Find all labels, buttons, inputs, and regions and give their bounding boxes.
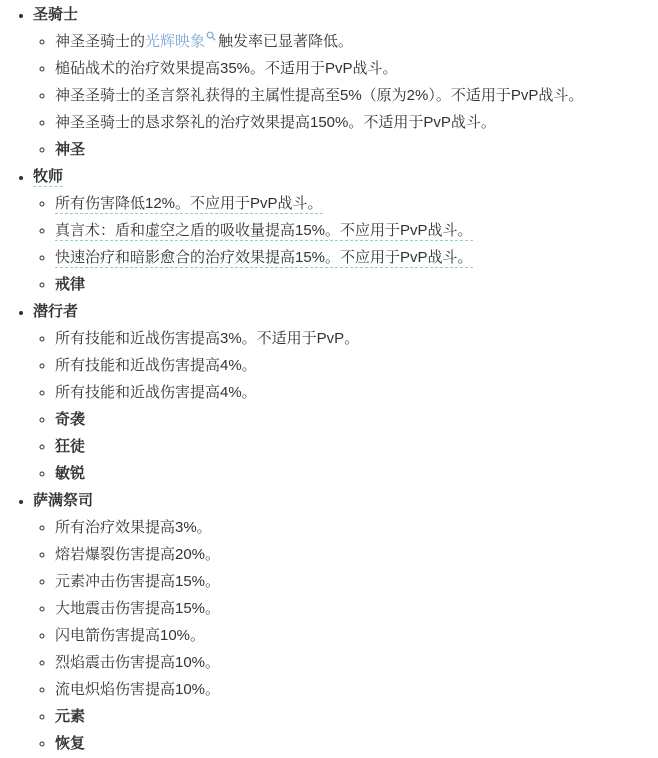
class-title: 牧师 [33,168,63,187]
change-item: 快速治疗和暗影愈合的治疗效果提高15%。不应用于PvP战斗。 [55,244,658,271]
change-text: 熔岩爆裂伤害提高20%。 [55,546,220,563]
change-text: 闪电箭伤害提高10%。 [55,627,205,644]
change-item: 真言术：盾和虚空之盾的吸收量提高15%。不应用于PvP战斗。 [55,217,658,244]
change-text: 流电炽焰伤害提高10%。 [55,681,220,698]
change-text: 烈焰震击伤害提高10%。 [55,654,220,671]
change-item: 所有技能和近战伤害提高3%。不适用于PvP。 [55,325,658,352]
spec-heading: 奇袭 [55,406,658,433]
change-item: 流电炽焰伤害提高10%。 [55,676,658,703]
spec-heading: 敏锐 [55,460,658,487]
change-item: 槌砧战术的治疗效果提高35%。不适用于PvP战斗。 [55,55,658,82]
change-list: 所有伤害降低12%。不应用于PvP战斗。真言术：盾和虚空之盾的吸收量提高15%。… [33,190,658,298]
change-text: 所有伤害降低12%。不应用于PvP战斗。 [55,195,323,214]
change-text: 所有技能和近战伤害提高4%。 [55,384,257,401]
class-title: 萨满祭司 [33,492,93,509]
change-item: 大地震击伤害提高15%。 [55,595,658,622]
spec-name: 恢复 [55,735,85,752]
spec-name: 元素 [55,708,85,725]
class-section: 牧师所有伤害降低12%。不应用于PvP战斗。真言术：盾和虚空之盾的吸收量提高15… [33,163,658,298]
magnifier-icon[interactable] [206,31,216,41]
spec-heading: 神圣 [55,136,658,163]
spec-name: 戒律 [55,276,85,293]
change-item: 所有技能和近战伤害提高4%。 [55,352,658,379]
patch-notes-document: 圣骑士神圣圣骑士的光辉映象触发率已显著降低。槌砧战术的治疗效果提高35%。不适用… [0,0,658,757]
class-section: 圣骑士神圣圣骑士的光辉映象触发率已显著降低。槌砧战术的治疗效果提高35%。不适用… [33,1,658,163]
class-section: 潜行者所有技能和近战伤害提高3%。不适用于PvP。所有技能和近战伤害提高4%。所… [33,298,658,487]
change-item: 闪电箭伤害提高10%。 [55,622,658,649]
change-item: 所有技能和近战伤害提高4%。 [55,379,658,406]
class-title: 潜行者 [33,303,78,320]
change-list: 所有治疗效果提高3%。熔岩爆裂伤害提高20%。元素冲击伤害提高15%。大地震击伤… [33,514,658,757]
change-text: 元素冲击伤害提高15%。 [55,573,220,590]
change-item: 熔岩爆裂伤害提高20%。 [55,541,658,568]
change-list: 所有技能和近战伤害提高3%。不适用于PvP。所有技能和近战伤害提高4%。所有技能… [33,325,658,487]
change-item: 所有治疗效果提高3%。 [55,514,658,541]
text-segment: 触发率已显著降低。 [218,33,353,50]
class-changes-list: 圣骑士神圣圣骑士的光辉映象触发率已显著降低。槌砧战术的治疗效果提高35%。不适用… [0,1,658,757]
spec-name: 敏锐 [55,465,85,482]
spec-heading: 元素 [55,703,658,730]
text-segment: 神圣圣骑士的 [55,33,145,50]
change-item: 所有伤害降低12%。不应用于PvP战斗。 [55,190,658,217]
change-text: 神圣圣骑士的圣言祭礼获得的主属性提高至5%（原为2%）。不适用于PvP战斗。 [55,87,583,104]
change-item: 元素冲击伤害提高15%。 [55,568,658,595]
change-text: 槌砧战术的治疗效果提高35%。不适用于PvP战斗。 [55,60,398,77]
change-list: 神圣圣骑士的光辉映象触发率已显著降低。槌砧战术的治疗效果提高35%。不适用于Pv… [33,28,658,163]
class-section: 萨满祭司所有治疗效果提高3%。熔岩爆裂伤害提高20%。元素冲击伤害提高15%。大… [33,487,658,757]
change-text: 所有技能和近战伤害提高4%。 [55,357,257,374]
change-text: 快速治疗和暗影愈合的治疗效果提高15%。不应用于PvP战斗。 [55,249,473,268]
change-text: 所有治疗效果提高3%。 [55,519,212,536]
change-item: 神圣圣骑士的圣言祭礼获得的主属性提高至5%（原为2%）。不适用于PvP战斗。 [55,82,658,109]
change-item: 烈焰震击伤害提高10%。 [55,649,658,676]
spec-name: 神圣 [55,141,85,158]
change-item: 神圣圣骑士的光辉映象触发率已显著降低。 [55,28,658,55]
change-text: 大地震击伤害提高15%。 [55,600,220,617]
spec-name: 狂徒 [55,438,85,455]
change-item: 神圣圣骑士的恳求祭礼的治疗效果提高150%。不适用于PvP战斗。 [55,109,658,136]
spell-link[interactable]: 光辉映象 [145,33,205,50]
class-title: 圣骑士 [33,6,78,23]
change-text: 真言术：盾和虚空之盾的吸收量提高15%。不应用于PvP战斗。 [55,222,473,241]
change-text: 神圣圣骑士的恳求祭礼的治疗效果提高150%。不适用于PvP战斗。 [55,114,496,131]
spec-heading: 狂徒 [55,433,658,460]
spec-heading: 恢复 [55,730,658,757]
change-text: 所有技能和近战伤害提高3%。不适用于PvP。 [55,330,359,347]
spec-heading: 戒律 [55,271,658,298]
spec-name: 奇袭 [55,411,85,428]
